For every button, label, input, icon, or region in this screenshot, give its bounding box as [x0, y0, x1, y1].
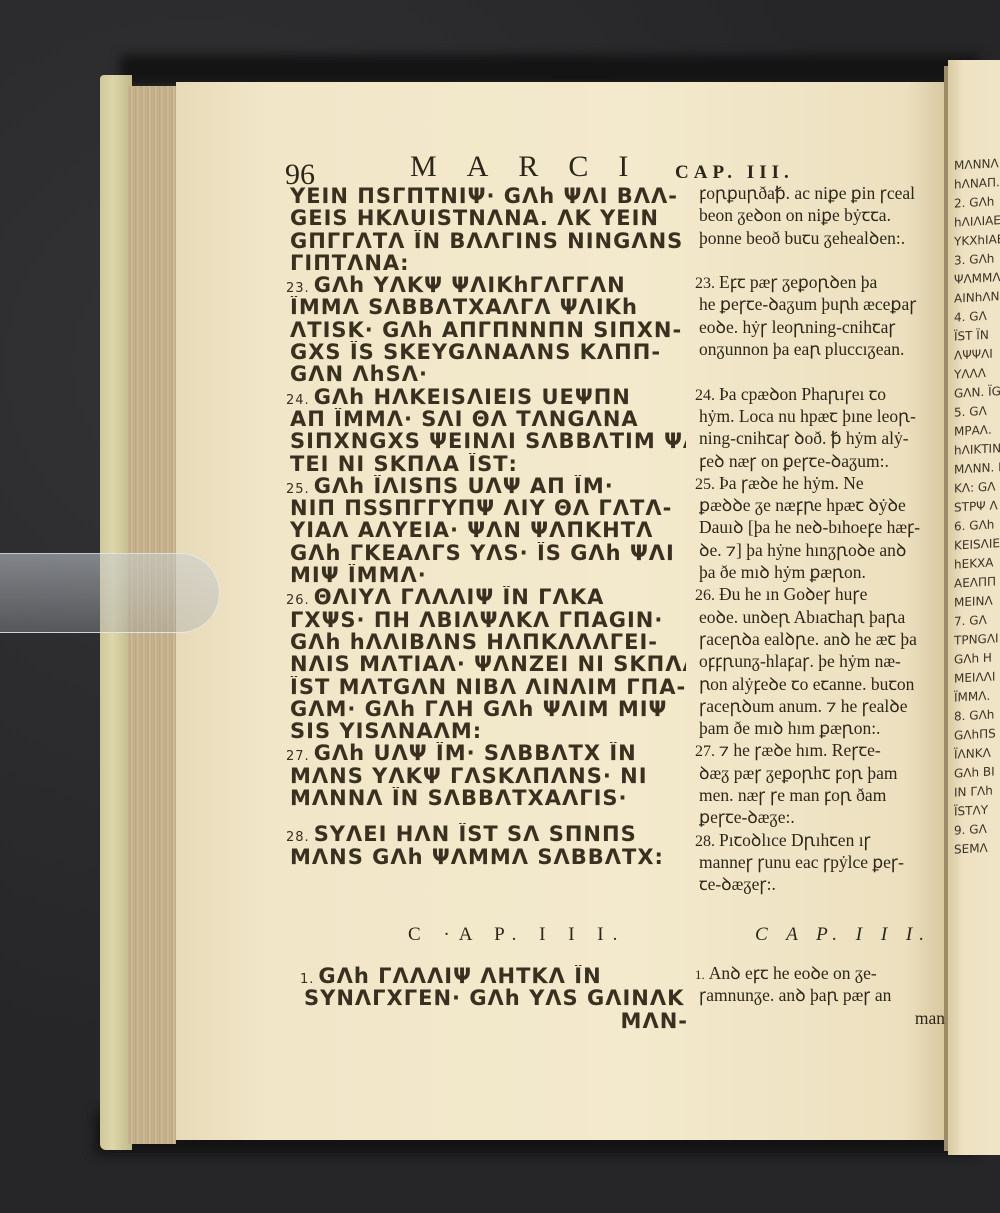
facing-page-line: SΕΜΛ	[954, 837, 1000, 859]
text-line: 26.ΘΛΙΥΛ ΓΛΛΛΙΨ ΪΝ ΓΛΚΑ	[286, 586, 686, 608]
plastic-page-holder	[0, 553, 220, 633]
line-text: þonne beoð buꞇu ᵹehealꝺen:.	[699, 228, 905, 248]
text-line: ꝼoꞃꝑuꞃðaꝥ. ac niꝑe ꝑin ꞅceal	[695, 182, 945, 204]
text-line: ꝑæꝺꝺe ᵹe næꝼꞃe hpæꞇ ꝺẏꝺe	[695, 494, 945, 516]
text-line: manneꞅ ꞅunu eac ꞅpẏlce ꝑeꞅ-	[695, 851, 945, 873]
line-text: GΛh ΗΛΚΕΙSΛΙΕΙS UΕΨΠΝ	[314, 386, 631, 408]
facing-page-line: ΜΡΑΛ.	[954, 419, 1000, 441]
text-line: 27.⁊ he ꞅæꝺe hım. Reꞅꞇe-	[695, 739, 945, 761]
line-text: manneꞅ ꞅunu eac ꞅpẏlce ꝑeꞅ-	[699, 852, 904, 872]
verse-number: 25.	[695, 476, 715, 493]
text-line: man	[695, 1007, 945, 1029]
text-line: ꝼeꝺ næꞅ on ꝑeꞅꞇe-ꝺaᵹum:.	[695, 450, 945, 472]
line-text: SΙΠΧΝGΧS ΨΕΙΝΛΙ SΛΒΒΛΤΙΜ ΨΛ-	[290, 430, 686, 452]
text-line: ΜΛΝ-	[300, 1010, 688, 1032]
text-line: GΠΓΓΛΤΛ ΪΝ ΒΛΛΓΙΝS ΝΙΝGΛΝS	[286, 230, 686, 252]
facing-page-line: ΜΕΙΝΛ	[954, 590, 1000, 612]
line-text: ΪΜΜΛ SΛΒΒΛΤΧΑΛΓΛ ΨΛΙΚh	[290, 296, 638, 318]
facing-page-strip: ΜΛΝΝΛ ΙhΛΝΑΠ.2. GΛhhΛΙΛΙΑΕΟΥΚΧhΙΑΕ3. GΛh…	[948, 60, 1000, 1155]
line-text: he ꝑeꞅꞇe-ꝺaᵹum þuꞃh æceꝑaꞅ	[699, 294, 917, 314]
text-line: ΪSΤ ΜΛΤGΛΝ ΝΙΒΛ ΛΙΝΛΙΜ ΓΠΑ-	[286, 676, 686, 698]
anglo-saxon-text-column: ꝼoꞃꝑuꞃðaꝥ. ac niꝑe ꝑin ꞅcealbeon ᵹeꝺon o…	[695, 182, 945, 896]
verse-number: 23.	[286, 281, 310, 296]
line-text: GΛh hΛΛΙΒΛΝS ΗΛΠΚΛΛΛΓΕΙ-	[290, 631, 658, 653]
text-line: 24.GΛh ΗΛΚΕΙSΛΙΕΙS UΕΨΠΝ	[286, 386, 686, 408]
facing-page-line: GΛΝ. ΪG	[954, 381, 1000, 403]
text-line: ΜΛΝΝΛ ΪΝ SΛΒΒΛΤΧΑΛΓΙS·	[286, 787, 686, 809]
facing-page-line: hΕΚΧΑ	[954, 552, 1000, 574]
verse-number: 28.	[286, 830, 310, 845]
line-text: oꝼꝼꞃunᵹ-hlaꝼaꞅ. þe hẏm næ-	[699, 651, 901, 671]
running-chapter: CAP. III.	[675, 162, 794, 184]
line-text: SΥΝΛΓΧΓΕΝ· GΛh ΥΛS GΛΙΝΛΚ	[304, 987, 684, 1009]
line-text: ΛΤΙSΚ· GΛh ΑΠΓΠΝΝΠΝ SΙΠΧΝ-	[290, 319, 682, 341]
line-text: ΜΛΝ-	[621, 1010, 688, 1032]
chapter-three-gothic-text: 1.GΛh ΓΛΛΛΙΨ ΛΗΤΚΛ ΪΝSΥΝΛΓΧΓΕΝ· GΛh ΥΛS …	[300, 965, 688, 1032]
facing-page-line: ΙΝ ΓΛh	[954, 780, 1000, 802]
running-title: MARCI	[410, 150, 658, 184]
line-text: GΛh ΥΛΚΨ ΨΛΙΚhΓΛΓΓΛΝ	[314, 274, 626, 296]
line-text: GΧS ΪS SΚΕΥGΛΝΑΛΝS ΚΛΠΠ-	[290, 341, 661, 363]
text-line: Dauıꝺ [þa he neꝺ-bıhoeꝼe hæꝼ-	[695, 516, 945, 538]
text-line: 23.GΛh ΥΛΚΨ ΨΛΙΚhΓΛΓΓΛΝ	[286, 274, 686, 296]
facing-page-line: GΛhΠS	[954, 723, 1000, 745]
text-line: GΛh ΓΚΕΑΛΓS ΥΛS· ΪS GΛh ΨΛΙ	[286, 542, 686, 564]
facing-page-line: hΛΙΚΤΙΝ	[954, 438, 1000, 460]
text-line: 25.GΛh ΪΛΙSΠS UΛΨ ΑΠ ΪΜ·	[286, 475, 686, 497]
line-text: ΜΛΝS ΥΛΚΨ ΓΛSΚΛΠΛΝS· ΝΙ	[290, 765, 648, 787]
text-line: ΥΕΙΝ ΠSΓΠΤΝΙΨ· GΛh ΨΛΙ ΒΛΛ-	[286, 185, 686, 207]
line-text: ꝺe. ⁊] þa hẏne hınᵹꞃoꝺe anꝺ	[699, 540, 906, 560]
line-text: ꝼeꝺ næꞅ on ꝑeꞅꞇe-ꝺaᵹum:.	[699, 451, 889, 471]
line-text: ⁊ he ꞅæꝺe hım. Reꞅꞇe-	[719, 740, 881, 760]
line-text: ΤΕΙ ΝΙ SΚΠΛΑ ΪSΤ:	[290, 453, 518, 475]
facing-page-line: ΑΙΝhΛΝ	[954, 286, 1000, 308]
top-shadow	[120, 55, 980, 85]
line-text: Þa cpæꝺon Phaꞃıꞅeı ꞇo	[719, 384, 886, 404]
verse-number: 28.	[695, 833, 715, 850]
text-line: 24.Þa cpæꝺon Phaꞃıꞅeı ꞇo	[695, 383, 945, 405]
text-line: 23.Eꝼꞇ pæꞅ ᵹeꝑoꞃꝺen þa	[695, 271, 945, 293]
text-line: GΕΙS ΗΚΛUISΤΝΛΝΑ. ΛΚ ΥΕΙΝ	[286, 207, 686, 229]
line-text: GΛh ΓΛΛΛΙΨ ΛΗΤΚΛ ΪΝ	[318, 965, 601, 987]
text-line: 28.SΥΛΕΙ ΗΛΝ ΪSΤ SΛ SΠΝΠS	[286, 823, 686, 845]
verse-number: 24.	[286, 393, 310, 408]
facing-page-line: 7. GΛ	[954, 609, 1000, 631]
text-line: ΤΕΙ ΝΙ SΚΠΛΑ ΪSΤ:	[286, 453, 686, 475]
line-text: eoꝺe. hẏꞅ leoꞃning-cnihꞇaꞅ	[699, 317, 896, 337]
line-text: ning-cnihꞇaꞅ ꝺoð. ꝥ hẏm alẏ-	[699, 428, 909, 448]
text-line: ΛΤΙSΚ· GΛh ΑΠΓΠΝΝΠΝ SΙΠΧΝ-	[286, 319, 686, 341]
text-line: ΜΛΝS ΥΛΚΨ ΓΛSΚΛΠΛΝS· ΝΙ	[286, 765, 686, 787]
text-line: GΛh hΛΛΙΒΛΝS ΗΛΠΚΛΛΛΓΕΙ-	[286, 631, 686, 653]
line-text: Þa ꞅæꝺe he hẏm. Ne	[719, 473, 864, 493]
text-line: ΝΛΙS ΜΛΤΙΑΛ· ΨΛΝΖΕΙ ΝΙ SΚΠΛΑ	[286, 653, 686, 675]
verse-number: 1.	[695, 967, 705, 982]
text-line: þa ðe mıꝺ hẏm ꝑæꞃon.	[695, 561, 945, 583]
line-text: ΜΙΨ ΪΜΜΛ·	[290, 564, 427, 586]
facing-page-line: ΥΚΧhΙΑΕ	[954, 229, 1000, 251]
facing-page-line: ΥΛΛΛ	[954, 362, 1000, 384]
facing-page-text: ΜΛΝΝΛ ΙhΛΝΑΠ.2. GΛhhΛΙΛΙΑΕΟΥΚΧhΙΑΕ3. GΛh…	[954, 153, 1000, 859]
facing-page-line: ΜΕΙΛΛΙ	[954, 666, 1000, 688]
facing-page-line: 4. GΛ	[954, 305, 1000, 327]
line-text: ΥΙΑΛ ΑΛΥΕΙΑ· ΨΛΝ ΨΛΠΚΗΤΛ	[290, 519, 653, 541]
line-text: ΓΙΠΤΛΝΑ:	[290, 252, 410, 274]
line-text: þam ðe mıꝺ hım ꝑæꞃon:.	[699, 718, 880, 738]
line-text: GΛh UΛΨ ΪΜ· SΛΒΒΛΤΧ ΪΝ	[314, 742, 637, 764]
facing-page-line: ΪSΤ ΪΝ	[954, 324, 1000, 346]
text-line: ΜΛΝS GΛh ΨΛΜΜΛ SΛΒΒΛΤΧ:	[286, 846, 686, 868]
text-line: he ꝑeꞅꞇe-ꝺaᵹum þuꞃh æceꝑaꞅ	[695, 293, 945, 315]
line-text: SΥΛΕΙ ΗΛΝ ΪSΤ SΛ SΠΝΠS	[314, 823, 637, 845]
text-line: ning-cnihꞇaꞅ ꝺoð. ꝥ hẏm alẏ-	[695, 427, 945, 449]
text-line: ΑΠ ΪΜΜΛ· SΛΙ ΘΛ ΤΛΝGΛΝΑ	[286, 408, 686, 430]
text-line: onᵹunnon þa eaꞃ pluccıᵹean.	[695, 338, 945, 360]
text-line: 28.Pıꞇoꝺlıce Dꞃıhꞇen ıꞅ	[695, 829, 945, 851]
line-text: SΙS ΥΙSΛΝΑΛΜ:	[290, 720, 482, 742]
line-text: ꝼoꞃꝑuꞃðaꝥ. ac niꝑe ꝑin ꞅceal	[699, 183, 915, 203]
line-text: Ðu he ın Goꝺeꞅ huꞅe	[719, 584, 867, 604]
text-line: 27.GΛh UΛΨ ΪΜ· SΛΒΒΛΤΧ ΪΝ	[286, 742, 686, 764]
text-line: ΥΙΑΛ ΑΛΥΕΙΑ· ΨΛΝ ΨΛΠΚΗΤΛ	[286, 519, 686, 541]
facing-page-line: ΜΛΝΝ. Π	[954, 457, 1000, 479]
line-text: GΛΝ ΛhSΛ·	[290, 363, 428, 385]
text-line: hẏm. Loca nu hpæꞇ þıne leoꞃ-	[695, 405, 945, 427]
facing-page-line: ΨΛΜΜΛ	[954, 267, 1000, 289]
line-text: ꞃon alẏꝼeꝺe ꞇo eꞇanne. buꞇon	[699, 674, 914, 694]
line-text: hẏm. Loca nu hpæꞇ þıne leoꞃ-	[699, 406, 916, 426]
facing-page-line: ΪSΤΛΥ	[954, 799, 1000, 821]
facing-page-line: 8. GΛh	[954, 704, 1000, 726]
line-text: ΑΠ ΪΜΜΛ· SΛΙ ΘΛ ΤΛΝGΛΝΑ	[290, 408, 639, 430]
facing-page-line: ΑΕΛΠΠ	[954, 571, 1000, 593]
text-line: ꞇe-ꝺæᵹeꞅ:.	[695, 873, 945, 895]
line-text: GΛh ΪΛΙSΠS UΛΨ ΑΠ ΪΜ·	[314, 475, 614, 497]
line-text: beon ᵹeꝺon on niꝑe bẏꞇꞇa.	[699, 205, 891, 225]
line-text: GΠΓΓΛΤΛ ΪΝ ΒΛΛΓΙΝS ΝΙΝGΛΝS	[290, 230, 683, 252]
chapter-heading-gothic: C ·A P. I I I.	[408, 924, 626, 946]
text-line: þam ðe mıꝺ hım ꝑæꞃon:.	[695, 717, 945, 739]
line-text: ꝑæꝺꝺe ᵹe næꝼꞃe hpæꞇ ꝺẏꝺe	[699, 495, 906, 515]
text-line: GΧS ΪS SΚΕΥGΛΝΑΛΝS ΚΛΠΠ-	[286, 341, 686, 363]
facing-page-line: GΛh ΒΙ	[954, 761, 1000, 783]
text-line: SΙΠΧΝGΧS ΨΕΙΝΛΙ SΛΒΒΛΤΙΜ ΨΛ-	[286, 430, 686, 452]
text-line	[695, 360, 945, 382]
text-line: GΛΜ· GΛh ΓΛΗ GΛh ΨΛΙΜ ΜΙΨ	[286, 698, 686, 720]
text-line: SΥΝΛΓΧΓΕΝ· GΛh ΥΛS GΛΙΝΛΚ	[300, 987, 688, 1009]
facing-page-line: GΛh Η	[954, 647, 1000, 669]
line-text: ꝑeꞅꞇe-ꝺæᵹe:.	[699, 807, 795, 827]
line-text: ΪSΤ ΜΛΤGΛΝ ΝΙΒΛ ΛΙΝΛΙΜ ΓΠΑ-	[290, 676, 686, 698]
text-line: men. næꞅ ꞅe man ꝼoꞃ ðam	[695, 784, 945, 806]
verse-gap	[286, 809, 686, 823]
text-line: þonne beoð buꞇu ᵹehealꝺen:.	[695, 227, 945, 249]
text-line: GΛΝ ΛhSΛ·	[286, 363, 686, 385]
text-line: ꝺæᵹ pæꞅ ᵹeꝑoꞃhꞇ ꝼoꞃ þam	[695, 762, 945, 784]
line-text: eoꝺe. unꝺeꞃ Abıaꞇhaꞃ þaꞃa	[699, 607, 905, 627]
text-line: ꞅaceꞃꝺa ealꝺꞃe. anꝺ he æꞇ þa	[695, 628, 945, 650]
verse-number: 27.	[286, 749, 310, 764]
text-line: 1.GΛh ΓΛΛΛΙΨ ΛΗΤΚΛ ΪΝ	[300, 965, 688, 987]
line-text: ꞇe-ꝺæᵹeꞅ:.	[699, 874, 776, 894]
facing-page-line: hΛΙΛΙΑΕΟ	[954, 210, 1000, 232]
line-text: GΕΙS ΗΚΛUISΤΝΛΝΑ. ΛΚ ΥΕΙΝ	[290, 207, 659, 229]
text-line: ΜΙΨ ΪΜΜΛ·	[286, 564, 686, 586]
facing-page-line: hΛΝΑΠ.	[954, 172, 1000, 194]
text-line: SΙS ΥΙSΛΝΑΛΜ:	[286, 720, 686, 742]
verse-number: 1.	[300, 972, 314, 987]
text-line: ΪΜΜΛ SΛΒΒΛΤΧΑΛΓΛ ΨΛΙΚh	[286, 296, 686, 318]
facing-page-line: 6. GΛh	[954, 514, 1000, 536]
verse-number: 27.	[695, 743, 715, 760]
line-text: Pıꞇoꝺlıce Dꞃıhꞇen ıꞅ	[719, 830, 871, 850]
facing-page-line: 3. GΛh	[954, 248, 1000, 270]
line-text: ΝΙΠ ΠSSΠΓΓΥΠΨ ΛΙΥ ΘΛ ΓΛΤΛ-	[290, 497, 672, 519]
line-text: ΘΛΙΥΛ ΓΛΛΛΙΨ ΪΝ ΓΛΚΑ	[314, 586, 605, 608]
gothic-text-column: ΥΕΙΝ ΠSΓΠΤΝΙΨ· GΛh ΨΛΙ ΒΛΛ-GΕΙS ΗΚΛUISΤΝ…	[286, 185, 686, 868]
line-text: Anꝺ eꝼꞇ he eoꝺe on ᵹe-	[709, 963, 877, 983]
text-line: 25.Þa ꞅæꝺe he hẏm. Ne	[695, 472, 945, 494]
line-text: ꝺæᵹ pæꞅ ᵹeꝑoꞃhꞇ ꝼoꞃ þam	[699, 763, 897, 783]
facing-page-line: ΪΛΝΚΛ	[954, 742, 1000, 764]
text-line	[695, 249, 945, 271]
facing-page-line: ΚΕΙSΛΙΕ	[954, 533, 1000, 555]
line-text: ΜΛΝS GΛh ΨΛΜΜΛ SΛΒΒΛΤΧ:	[290, 846, 664, 868]
text-line: ΝΙΠ ΠSSΠΓΓΥΠΨ ΛΙΥ ΘΛ ΓΛΤΛ-	[286, 497, 686, 519]
facing-page-line: ΪΜΜΛ.	[954, 685, 1000, 707]
facing-page-line: ΤΡΝGΛΙ	[954, 628, 1000, 650]
text-line: ΓΧΨS· ΠΗ ΛΒΙΛΨΛΚΛ ΓΠΑGΙΝ·	[286, 609, 686, 631]
line-text: ꞅaceꞃꝺa ealꝺꞃe. anꝺ he æꞇ þa	[699, 629, 917, 649]
line-text: ꞅamnunᵹe. anꝺ þaꞃ pæꞅ an	[699, 985, 891, 1005]
line-text: ΝΛΙS ΜΛΤΙΑΛ· ΨΛΝΖΕΙ ΝΙ SΚΠΛΑ	[290, 653, 686, 675]
line-text: þa ðe mıꝺ hẏm ꝑæꞃon.	[699, 562, 866, 582]
text-line: ΓΙΠΤΛΝΑ:	[286, 252, 686, 274]
line-text: man	[915, 1008, 945, 1028]
line-text: ΓΧΨS· ΠΗ ΛΒΙΛΨΛΚΛ ΓΠΑGΙΝ·	[290, 609, 663, 631]
line-text: ꞅaceꞃꝺum anum. ⁊ he ꞅealꝺe	[699, 696, 908, 716]
line-text: ΜΛΝΝΛ ΪΝ SΛΒΒΛΤΧΑΛΓΙS·	[290, 787, 628, 809]
line-text: GΛΜ· GΛh ΓΛΗ GΛh ΨΛΙΜ ΜΙΨ	[290, 698, 667, 720]
chapter-heading-anglo-saxon: C A P. I I I.	[755, 924, 931, 946]
line-text: Eꝼꞇ pæꞅ ᵹeꝑoꞃꝺen þa	[719, 272, 877, 292]
verse-number: 23.	[695, 275, 715, 292]
text-line: ꞅamnunᵹe. anꝺ þaꞃ pæꞅ an	[695, 984, 945, 1006]
facing-page-line: 2. GΛh	[954, 191, 1000, 213]
line-text: GΛh ΓΚΕΑΛΓS ΥΛS· ΪS GΛh ΨΛΙ	[290, 542, 675, 564]
chapter-three-anglo-saxon-text: 1.Anꝺ eꝼꞇ he eoꝺe on ᵹe-ꞅamnunᵹe. anꝺ þa…	[695, 962, 945, 1029]
line-text: ΥΕΙΝ ΠSΓΠΤΝΙΨ· GΛh ΨΛΙ ΒΛΛ-	[290, 185, 678, 207]
text-line: ꞅaceꞃꝺum anum. ⁊ he ꞅealꝺe	[695, 695, 945, 717]
verse-number: 26.	[695, 587, 715, 604]
text-line: oꝼꝼꞃunᵹ-hlaꝼaꞅ. þe hẏm næ-	[695, 650, 945, 672]
verse-number: 26.	[286, 593, 310, 608]
facing-page-line: 5. GΛ	[954, 400, 1000, 422]
facing-page-line: 9. GΛ	[954, 818, 1000, 840]
text-line: eoꝺe. hẏꞅ leoꞃning-cnihꞇaꞅ	[695, 316, 945, 338]
line-text: men. næꞅ ꞅe man ꝼoꞃ ðam	[699, 785, 886, 805]
facing-page-line: ΛΨΨΛΙ	[954, 343, 1000, 365]
text-line: 1.Anꝺ eꝼꞇ he eoꝺe on ᵹe-	[695, 962, 945, 984]
verse-number: 24.	[695, 387, 715, 404]
text-line: ꝺe. ⁊] þa hẏne hınᵹꞃoꝺe anꝺ	[695, 539, 945, 561]
facing-page-line: ΚΛ: GΛ	[954, 476, 1000, 498]
text-line: 26.Ðu he ın Goꝺeꞅ huꞅe	[695, 583, 945, 605]
verse-number: 25.	[286, 482, 310, 497]
line-text: Dauıꝺ [þa he neꝺ-bıhoeꝼe hæꝼ-	[699, 517, 920, 537]
text-line: eoꝺe. unꝺeꞃ Abıaꞇhaꞃ þaꞃa	[695, 606, 945, 628]
text-line: ꞃon alẏꝼeꝺe ꞇo eꞇanne. buꞇon	[695, 673, 945, 695]
text-line: beon ᵹeꝺon on niꝑe bẏꞇꞇa.	[695, 204, 945, 226]
facing-page-line: ΜΛΝΝΛ Ι	[954, 153, 1000, 175]
facing-page-line: SΤΡΨ Λ	[954, 495, 1000, 517]
line-text: onᵹunnon þa eaꞃ pluccıᵹean.	[699, 339, 904, 359]
text-line: ꝑeꞅꞇe-ꝺæᵹe:.	[695, 806, 945, 828]
